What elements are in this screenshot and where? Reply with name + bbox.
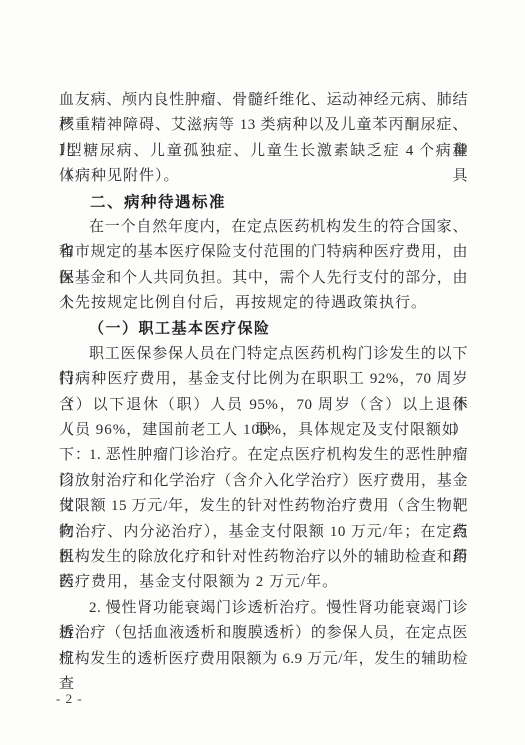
text-line: 2. 慢性肾功能衰竭门诊透析治疗。慢性肾功能衰竭门诊透	[59, 596, 468, 621]
text-line: 析治疗（包括血液透析和腹膜透析）的参保人员，在定点医疗	[59, 621, 468, 646]
text-line: 严重精神障碍、艾滋病等 13 类病种以及儿童苯丙酮尿症、儿童	[59, 113, 468, 138]
text-line: 诊放射治疗和化学治疗（含介入化学治疗）医疗费用，基金支	[59, 469, 468, 494]
document-page: 血友病、颅内良性肿瘤、骨髓纤维化、运动神经元病、肺结核、严重精神障碍、艾滋病等 …	[0, 0, 525, 745]
text-line: Ⅰ型糖尿病、儿童孤独症、儿童生长激素缺乏症 4 个病种（具	[59, 139, 468, 164]
page-number: - 2 -	[56, 691, 83, 707]
text-line: 物治疗、内分泌治疗），基金支付限额 10 万元/年；在定点医药	[59, 520, 468, 545]
text-line: 机构发生的除放化疗和针对性药物治疗以外的辅助检查和用药	[59, 545, 468, 570]
heading-minor-line: （一）职工基本医疗保险	[59, 317, 468, 342]
text-line: 人员 96%，建国前老工人 100%，具体规定及支付限额如下：	[59, 418, 468, 443]
document-body: 血友病、颅内良性肿瘤、骨髓纤维化、运动神经元病、肺结核、严重精神障碍、艾滋病等 …	[59, 88, 468, 672]
text-line: 保基金和个人共同负担。其中，需个人先行支付的部分，由个	[59, 266, 468, 291]
text-line: 血友病、颅内良性肿瘤、骨髓纤维化、运动神经元病、肺结核、	[59, 88, 468, 113]
text-line: 医疗费用，基金支付限额为 2 万元/年。	[59, 570, 468, 595]
text-line: 人先按规定比例自付后，再按规定的待遇政策执行。	[59, 291, 468, 316]
text-line: 和市规定的基本医疗保险支付范围的门特病种医疗费用，由医	[59, 240, 468, 265]
text-line: 机构发生的透析医疗费用限额为 6.9 万元/年，发生的辅助检查	[59, 647, 468, 672]
text-line: 特病种医疗费用，基金支付比例为在职职工 92%，70 周岁（不	[59, 367, 468, 392]
heading-major-line: 二、病种待遇标准	[59, 190, 468, 215]
text-line: 在一个自然年度内，在定点医药机构发生的符合国家、省	[59, 215, 468, 240]
text-line: 付限额 15 万元/年，发生的针对性药物治疗费用（含生物靶向药	[59, 494, 468, 519]
text-line: 1. 恶性肿瘤门诊治疗。在定点医疗机构发生的恶性肿瘤门	[59, 443, 468, 468]
text-line: 职工医保参保人员在门特定点医药机构门诊发生的以下门	[59, 342, 468, 367]
text-line: 含）以下退休（职）人员 95%，70 周岁（含）以上退休（职）	[59, 393, 468, 418]
